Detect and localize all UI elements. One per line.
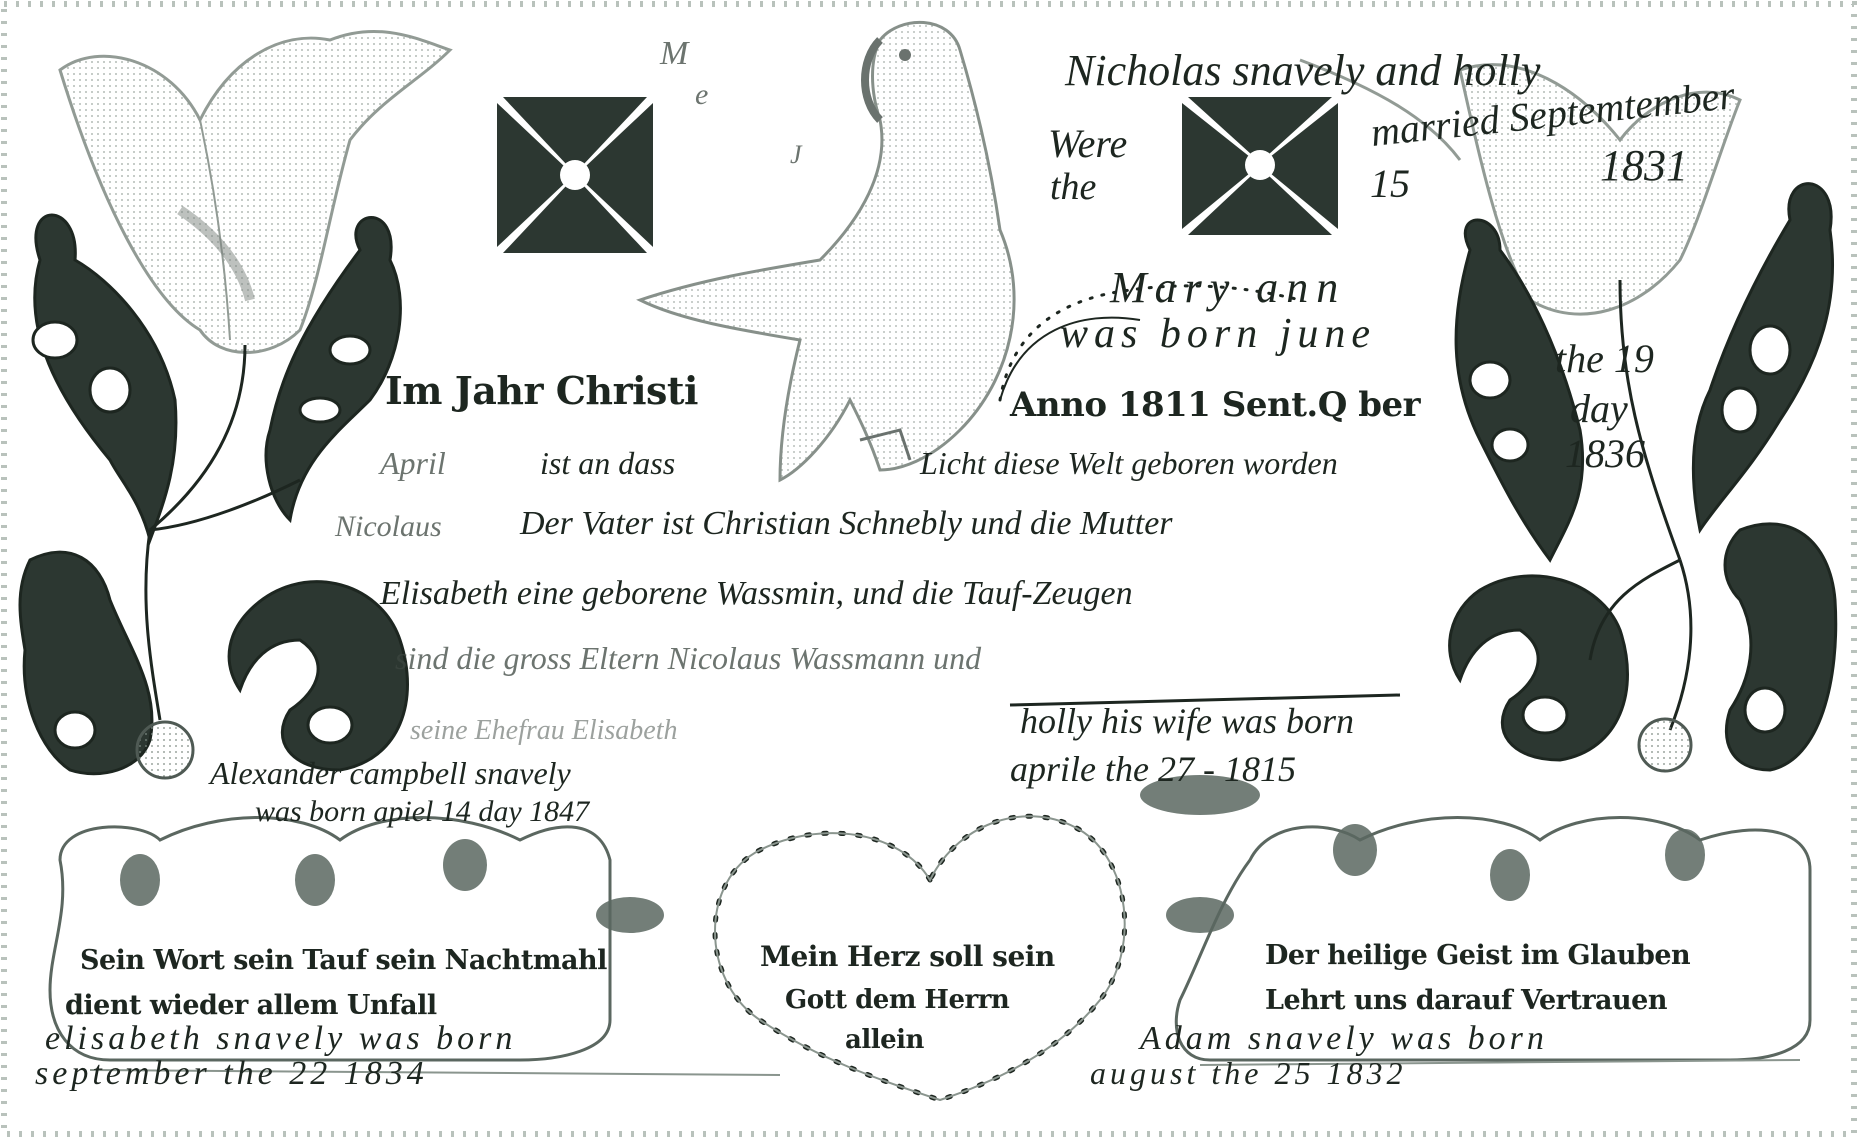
mary-ann-right-3: 1836: [1565, 430, 1645, 477]
heart-line-3: allein: [845, 1025, 924, 1055]
banner-right-verse-1: Der heilige Geist im Glauben: [1265, 940, 1690, 971]
banner-left-record-1: elisabeth snavely was born: [45, 1020, 516, 1058]
taufschein-line-2-mid: ist an dass: [540, 445, 675, 482]
heart-line-2: Gott dem Herrn: [785, 985, 1009, 1015]
taufschein-line-2-left: April: [380, 445, 446, 482]
taufschein-heading: Im Jahr Christi: [385, 368, 698, 413]
top-mark-2: e: [695, 78, 708, 112]
marriage-line-1: Nicholas snavely and holly: [1065, 45, 1540, 96]
marriage-line-2-left: Were: [1048, 120, 1127, 167]
bud-right-icon: [1639, 719, 1691, 771]
banner-left-record-2: september the 22 1834: [35, 1055, 428, 1093]
top-mark-1: M: [660, 35, 688, 73]
banner-right-record-1: Adam snavely was born: [1140, 1020, 1548, 1058]
taufschein-line-3-left: Nicolaus: [335, 510, 442, 544]
holly-line-2: aprile the 27 - 1815: [1010, 748, 1296, 790]
mary-ann-line-1: Mary ann: [1110, 262, 1346, 313]
mary-ann-right-1: the 19: [1555, 335, 1654, 382]
banner-left-verse-2: dient wieder allem Unfall: [65, 990, 437, 1021]
maltese-cross-right-icon: [1182, 97, 1338, 235]
taufschein-line-2-right: Licht diese Welt geboren worden: [920, 445, 1338, 482]
alexander-line-1: Alexander campbell snavely: [210, 755, 571, 792]
taufschein-line-5: sind die gross Eltern Nicolaus Wassmann …: [395, 640, 981, 677]
marriage-year: 1831: [1600, 140, 1688, 191]
top-mark-3: J: [790, 140, 802, 170]
banner-left-verse-1: Sein Wort sein Tauf sein Nachtmahl: [80, 945, 607, 976]
taufschein-line-6: seine Ehefrau Elisabeth: [410, 715, 678, 747]
alexander-line-2: was born apiel 14 day 1847: [255, 795, 589, 829]
taufschein-anno: Anno 1811 Sent.Q ber: [1010, 385, 1420, 425]
mary-ann-right-2: day: [1570, 385, 1628, 432]
banner-right-record-2: august the 25 1832: [1090, 1055, 1406, 1092]
marriage-day: 15: [1370, 160, 1410, 207]
mary-ann-line-2: was born june: [1060, 310, 1376, 358]
maltese-cross-left-icon: [497, 97, 653, 253]
marriage-line-3-left: the: [1050, 165, 1096, 209]
heart-line-1: Mein Herz soll sein: [760, 940, 1055, 973]
holly-line-1: holly his wife was born: [1020, 700, 1354, 742]
taufschein-line-3: Der Vater ist Christian Schnebly und die…: [520, 505, 1173, 543]
banner-right-verse-2: Lehrt uns darauf Vertrauen: [1265, 985, 1667, 1016]
bud-left-icon: [137, 722, 193, 778]
taufschein-line-4: Elisabeth eine geborene Wassmin, und die…: [380, 575, 1133, 613]
